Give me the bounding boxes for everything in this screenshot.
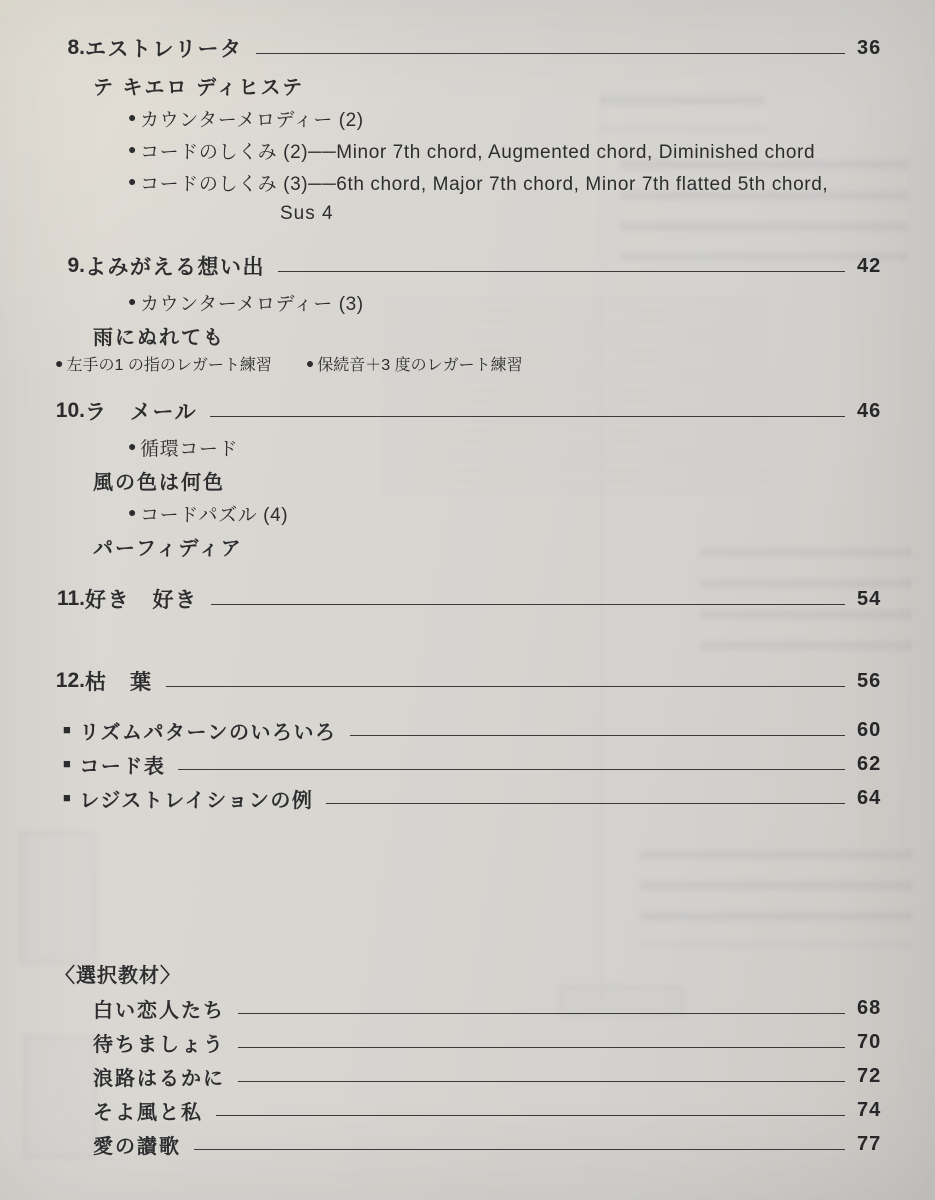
blank-line: [55, 701, 891, 713]
square-bullet-icon: ■: [63, 756, 72, 771]
toc-entry-square: ■レジストレイションの例64: [55, 781, 891, 815]
table-of-contents: 8.エストレリータ36テ キエロ ディヒステ●カウンターメロディー (2)●コー…: [0, 0, 935, 1161]
page-number: 62: [857, 753, 891, 776]
bullet-pair-item: ●保続音＋3 度のレガート練習: [306, 352, 523, 375]
song-title: 待ちましょう: [93, 1028, 225, 1057]
square-bullet-icon: ■: [63, 790, 72, 805]
bullet-icon: ●: [128, 504, 137, 520]
page-number: 54: [857, 588, 891, 611]
song-title: 白い恋人たち: [93, 994, 225, 1023]
item-title: 枯 葉: [85, 666, 153, 696]
toc-entry-bullet: ●カウンターメロディー (2): [55, 102, 891, 134]
item-number: 12.: [55, 669, 85, 693]
book-page-photo: 8.エストレリータ36テ キエロ ディヒステ●カウンターメロディー (2)●コー…: [0, 0, 935, 1200]
leader-line: [178, 769, 845, 770]
leader-line: [238, 1013, 845, 1014]
page-number: 72: [857, 1065, 891, 1088]
leader-line: [238, 1047, 845, 1048]
page-number: 36: [857, 37, 891, 60]
item-number: 11.: [55, 587, 85, 611]
blank-line: [55, 375, 891, 391]
page-number: 74: [857, 1099, 891, 1122]
leader-line: [211, 604, 846, 605]
toc-entry-subtitle: 雨にぬれても: [55, 318, 891, 352]
item-title: よみがえる想い出: [85, 251, 265, 281]
bullet-icon: ●: [128, 438, 137, 454]
section-title: 〈選択教材〉: [55, 959, 181, 988]
bullet-icon: ●: [128, 141, 137, 157]
page-number: 77: [857, 1133, 891, 1156]
page-number: 68: [857, 997, 891, 1020]
bullet-text: 左手の1 の指のレガート練習: [66, 352, 271, 375]
page-number: 46: [857, 400, 891, 423]
item-number: 10.: [55, 399, 85, 423]
leader-line: [194, 1149, 845, 1150]
bullet-pair-item: ●左手の1 の指のレガート練習: [55, 352, 272, 375]
bullet-text: 保続音＋3 度のレガート練習: [317, 352, 522, 375]
page-number: 56: [857, 670, 891, 693]
continuation-title: Sus 4: [280, 203, 334, 225]
item-title: エストレリータ: [85, 33, 243, 63]
toc-entry-subtitle: パーフィディア: [55, 529, 891, 563]
item-title: 好き 好き: [85, 584, 198, 614]
bullet-text: コードのしくみ (3)──6th chord, Major 7th chord,…: [140, 169, 828, 196]
toc-entry-numbered: 8.エストレリータ36: [55, 28, 891, 68]
page-number: 64: [857, 787, 891, 810]
leader-line: [278, 271, 845, 272]
item-title: レジストレイションの例: [79, 784, 313, 813]
toc-entry-song: そよ風と私74: [55, 1093, 891, 1127]
toc-entry-numbered: 10.ラ メール46: [55, 391, 891, 431]
toc-entry-bullet: ●コードのしくみ (3)──6th chord, Major 7th chord…: [55, 166, 891, 198]
toc-entry-section: 〈選択教材〉: [55, 955, 891, 991]
item-number: 9.: [55, 254, 85, 278]
leader-line: [238, 1081, 845, 1082]
blank-line: [55, 563, 891, 579]
leader-line: [326, 803, 845, 804]
toc-entry-continuation: Sus 4: [55, 198, 891, 230]
page-number: 42: [857, 255, 891, 278]
bullet-text: カウンターメロディー (3): [140, 289, 364, 316]
item-title: ラ メール: [85, 396, 197, 426]
song-title: 浪路はるかに: [93, 1062, 225, 1091]
toc-entry-bullet-pair: ●左手の1 の指のレガート練習●保続音＋3 度のレガート練習: [55, 352, 891, 375]
item-number: 8.: [55, 36, 85, 60]
toc-entry-song: 待ちましょう70: [55, 1025, 891, 1059]
leader-line: [216, 1115, 845, 1116]
toc-entry-bullet: ●コードパズル (4): [55, 497, 891, 529]
bullet-text: カウンターメロディー (2): [140, 105, 364, 132]
toc-entry-subtitle: 風の色は何色: [55, 463, 891, 497]
bullet-icon: ●: [306, 355, 314, 371]
bullet-icon: ●: [128, 293, 137, 309]
song-title: そよ風と私: [93, 1096, 203, 1125]
leader-line: [256, 53, 846, 54]
square-bullet-icon: ■: [63, 722, 72, 737]
subtitle-title: 風の色は何色: [93, 466, 225, 495]
toc-entry-song: 愛の讃歌77: [55, 1127, 891, 1161]
toc-entry-bullet: ●カウンターメロディー (3): [55, 286, 891, 318]
item-title: コード表: [79, 750, 165, 779]
toc-entry-numbered: 11.好き 好き54: [55, 579, 891, 619]
blank-line: [55, 230, 891, 246]
leader-line: [166, 686, 846, 687]
bullet-icon: ●: [128, 109, 137, 125]
subtitle-title: パーフィディア: [93, 532, 243, 561]
toc-entry-subtitle: テ キエロ ディヒステ: [55, 68, 891, 102]
bullet-icon: ●: [128, 173, 137, 189]
toc-entry-song: 浪路はるかに72: [55, 1059, 891, 1093]
leader-line: [210, 416, 845, 417]
subtitle-title: テ キエロ ディヒステ: [93, 71, 304, 100]
toc-entry-square: ■リズムパターンのいろいろ60: [55, 713, 891, 747]
blank-line: [55, 619, 891, 661]
toc-entry-bullet: ●コードのしくみ (2)──Minor 7th chord, Augmented…: [55, 134, 891, 166]
subtitle-title: 雨にぬれても: [93, 321, 225, 350]
page-number: 60: [857, 719, 891, 742]
blank-line: [55, 815, 891, 955]
bullet-text: コードパズル (4): [140, 500, 288, 527]
toc-entry-square: ■コード表62: [55, 747, 891, 781]
page-number: 70: [857, 1031, 891, 1054]
bullet-text: 循環コード: [140, 434, 238, 461]
toc-entry-bullet: ●循環コード: [55, 431, 891, 463]
item-title: リズムパターンのいろいろ: [79, 716, 336, 745]
bullet-text: コードのしくみ (2)──Minor 7th chord, Augmented …: [140, 137, 815, 164]
toc-entry-song: 白い恋人たち68: [55, 991, 891, 1025]
song-title: 愛の讃歌: [93, 1130, 181, 1159]
bullet-icon: ●: [55, 355, 63, 371]
toc-entry-numbered: 9.よみがえる想い出42: [55, 246, 891, 286]
leader-line: [350, 735, 845, 736]
toc-entry-numbered: 12.枯 葉56: [55, 661, 891, 701]
